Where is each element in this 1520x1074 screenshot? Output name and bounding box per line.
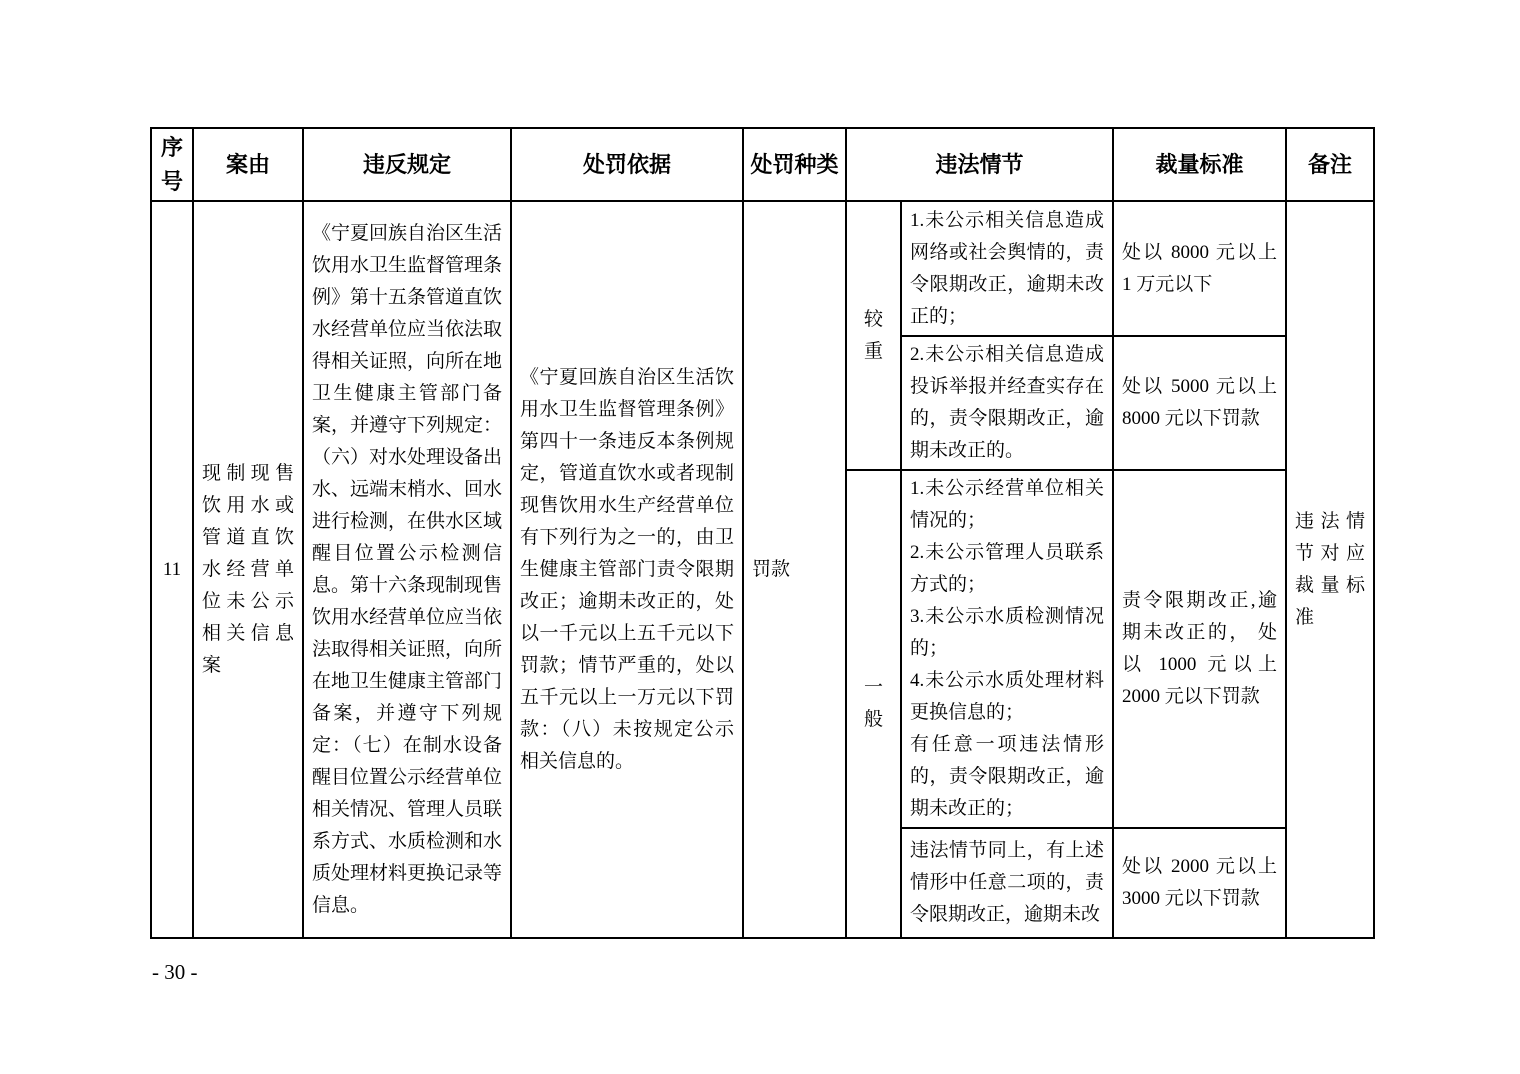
document-page: 序号 案由 违反规定 处罚依据 处罚种类 违法情节 裁量标准 备注 11 现制现…	[0, 0, 1520, 1074]
cell-penalty-type: 罚款	[743, 201, 846, 938]
cell-standard-severe-2: 处以 5000 元以上 8000 元以下罚款	[1113, 336, 1286, 470]
table-header-row: 序号 案由 违反规定 处罚依据 处罚种类 违法情节 裁量标准 备注	[151, 128, 1374, 201]
cell-standard-severe-1: 处以 8000 元以上 1 万元以下	[1113, 201, 1286, 336]
cell-violated-provision: 《宁夏回族自治区生活饮用水卫生监督管理条例》第十五条管道直饮水经营单位应当依法取…	[303, 201, 511, 938]
penalty-discretion-table: 序号 案由 违反规定 处罚依据 处罚种类 违法情节 裁量标准 备注 11 现制现…	[150, 127, 1375, 939]
page-number: - 30 -	[152, 958, 198, 986]
cell-circumstance-severe-2: 2.未公示相关信息造成投诉举报并经查实存在的，责令限期改正，逾期未改正的。	[901, 336, 1113, 470]
col-header-circumstance: 违法情节	[846, 128, 1113, 201]
cell-circumstance-severe-1: 1.未公示相关信息造成网络或社会舆情的，责令限期改正，逾期未改正的；	[901, 201, 1113, 336]
cell-penalty-basis: 《宁夏回族自治区生活饮用水卫生监督管理条例》第四十一条违反本条例规定，管道直饮水…	[511, 201, 743, 938]
cell-circumstance-general-1: 1.未公示经营单位相关情况的； 2.未公示管理人员联系方式的； 3.未公示水质检…	[901, 470, 1113, 828]
col-header-serial: 序号	[151, 128, 193, 201]
col-header-case: 案由	[193, 128, 303, 201]
col-header-penalty-basis: 处罚依据	[511, 128, 743, 201]
table-row-severe-item1: 11 现制现售饮用水或管道直饮水经营单位未公示相关信息案 《宁夏回族自治区生活饮…	[151, 201, 1374, 336]
cell-circumstance-general-2: 违法情节同上，有上述情形中任意二项的，责令限期改正，逾期未改	[901, 828, 1113, 938]
cell-severity-severe: 较重	[846, 201, 901, 470]
cell-standard-general-1: 责令限期改正,逾期未改正的， 处以 1000 元以上 2000 元以下罚款	[1113, 470, 1286, 828]
col-header-remark: 备注	[1286, 128, 1374, 201]
cell-severity-general: 一般	[846, 470, 901, 938]
cell-case-title: 现制现售饮用水或管道直饮水经营单位未公示相关信息案	[193, 201, 303, 938]
col-header-penalty-type: 处罚种类	[743, 128, 846, 201]
col-header-discretion-standard: 裁量标准	[1113, 128, 1286, 201]
cell-standard-general-2: 处以 2000 元以上 3000 元以下罚款	[1113, 828, 1286, 938]
cell-serial-number: 11	[151, 201, 193, 938]
col-header-violated-provision: 违反规定	[303, 128, 511, 201]
cell-remark: 违法情节对应裁量标准	[1286, 201, 1374, 938]
